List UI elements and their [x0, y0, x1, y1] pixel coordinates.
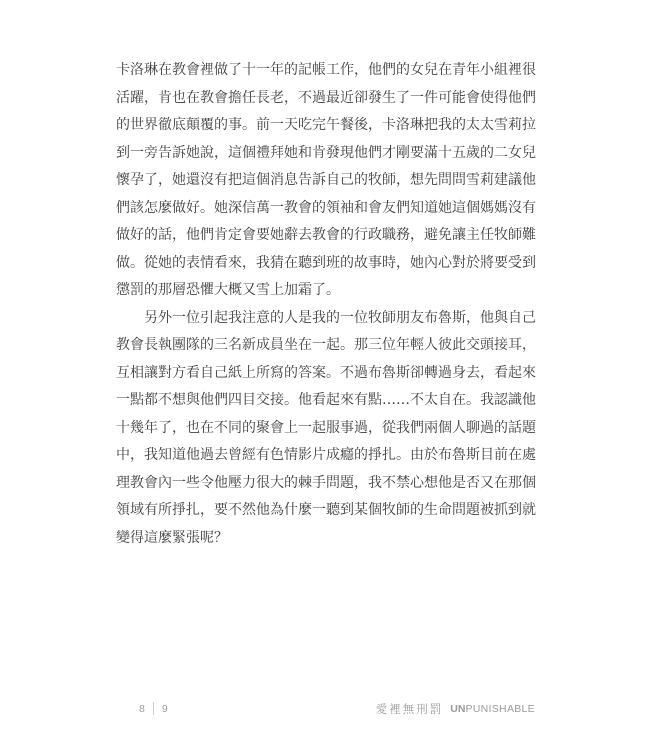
text-line: 變得這麼緊張呢？: [116, 525, 536, 553]
page-footer: 8 9 愛裡無刑罰 UNPUNISHABLE: [0, 700, 650, 720]
page-number-divider: [153, 702, 154, 715]
page-number-left: 8: [139, 703, 145, 715]
text-line: 做。從她的表情看來，我猜在聽到班的故事時，她內心對於將要受到: [116, 250, 536, 278]
book-title-english-rest-part: PUNISHABLE: [465, 703, 535, 715]
text-line: 一點都不想與他們四目交接。他看起來有點……不太自在。我認識他: [116, 387, 536, 415]
text-line: 懷孕了，她還沒有把這個消息告訴自己的牧師，想先問問雪莉建議他: [116, 167, 536, 195]
text-line: 懲罰的那層恐懼大概又雪上加霜了。: [116, 277, 536, 305]
book-title-chinese: 愛裡無刑罰: [376, 701, 444, 717]
text-line: 十幾年了，也在不同的聚會上一起服事過，從我們兩個人聊過的話題: [116, 415, 536, 443]
book-page: 卡洛琳在教會裡做了十一年的記帳工作，他們的女兒在青年小組裡很活躍，肯也在教會擔任…: [0, 0, 650, 750]
text-line: 領域有所掙扎，要不然他為什麼一聽到某個牧師的生命問題被抓到就: [116, 497, 536, 525]
page-body-text: 卡洛琳在教會裡做了十一年的記帳工作，他們的女兒在青年小組裡很活躍，肯也在教會擔任…: [116, 57, 536, 552]
paragraph: 另外一位引起我注意的人是我的一位牧師朋友布魯斯，他與自己教會長執團隊的三名新成員…: [116, 305, 536, 553]
text-line: 另外一位引起我注意的人是我的一位牧師朋友布魯斯，他與自己: [116, 305, 536, 333]
text-line: 做好的話，他們肯定會要她辭去教會的行政職務，避免讓主任牧師難: [116, 222, 536, 250]
book-title-english: UNPUNISHABLE: [450, 703, 535, 715]
text-line: 教會長執團隊的三名新成員坐在一起。那三位年輕人彼此交頭接耳，: [116, 332, 536, 360]
text-line: 們該怎麼做好。她深信萬一教會的領袖和會友們知道她這個媽媽沒有: [116, 195, 536, 223]
text-line: 的世界徹底顛覆的事。前一天吃完午餐後，卡洛琳把我的太太雪莉拉: [116, 112, 536, 140]
text-line: 卡洛琳在教會裡做了十一年的記帳工作，他們的女兒在青年小組裡很: [116, 57, 536, 85]
book-title-english-bold-part: UN: [450, 703, 465, 715]
text-line: 中，我知道他過去曾經有色情影片成癮的掙扎。由於布魯斯目前在處: [116, 442, 536, 470]
text-line: 互相讓對方看自己紙上所寫的答案。不過布魯斯卻轉過身去，看起來: [116, 360, 536, 388]
text-line: 到一旁告訴她說，這個禮拜她和肯發現他們才剛要滿十五歲的二女兒: [116, 140, 536, 168]
page-number-right: 9: [162, 703, 168, 715]
text-line: 活躍，肯也在教會擔任長老，不過最近卻發生了一件可能會使得他們: [116, 85, 536, 113]
paragraph: 卡洛琳在教會裡做了十一年的記帳工作，他們的女兒在青年小組裡很活躍，肯也在教會擔任…: [116, 57, 536, 305]
running-footer-title: 愛裡無刑罰 UNPUNISHABLE: [376, 701, 535, 717]
text-line: 理教會內一些令他壓力很大的棘手問題，我不禁心想他是否又在那個: [116, 470, 536, 498]
page-numbers: 8 9: [139, 702, 168, 715]
